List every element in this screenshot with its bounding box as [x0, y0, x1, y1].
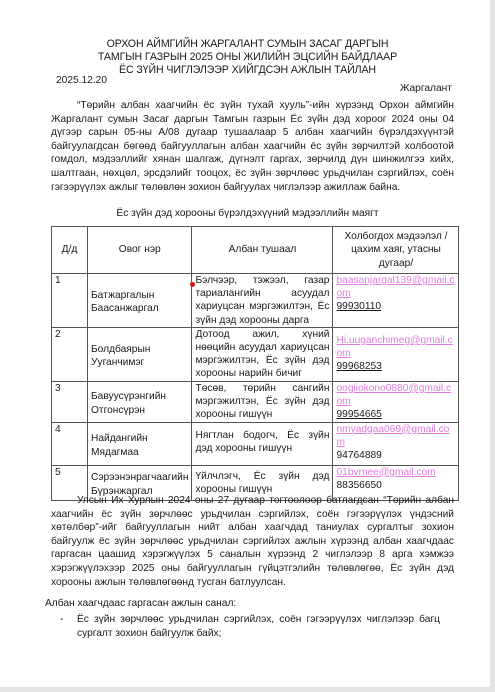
- committee-table: Д/д Овог нэр Албан тушаал Холбогдох мэдэ…: [51, 226, 459, 501]
- cell-contact: Hi.uuganchimeg@gmail.com99968253: [333, 327, 459, 381]
- cell-no: 2: [52, 327, 88, 381]
- intro-text: “Төрийн албан хаагчийн ёс зүйн тухай хуу…: [51, 100, 454, 193]
- table-row: 4 Найдангийн Мядагмаа Нягтлан бодогч, Ёс…: [52, 422, 459, 465]
- phone-number: 88356650: [336, 479, 455, 492]
- page-edge-bottom: [0, 687, 495, 692]
- table-caption: Ёс зүйн дэд хорооны бүрэлдэхүүний мэдээл…: [0, 208, 495, 219]
- resolution-text: Улсын Их Хурлын 2024 оны 27 дугаар тогто…: [51, 495, 454, 588]
- annotation-dot-icon: [190, 282, 195, 287]
- cell-name: Батжаргалын Баасанжаргал: [88, 274, 192, 328]
- cell-no: 4: [52, 422, 88, 465]
- phone-number: 94764889: [336, 449, 455, 462]
- proposal-text: Ёс зүйн зөрчлөөс урьдчилан сэргийлэх, со…: [77, 613, 440, 640]
- cell-position: Нягтлан бодогч, Ёс зүйн дэд хорооны гишү…: [192, 422, 333, 465]
- cell-name: Найдангийн Мядагмаа: [88, 422, 192, 465]
- header-no: Д/д: [52, 227, 88, 274]
- cell-position: Дотоод ажил, хүний нөөцийн асуудал хариу…: [192, 327, 333, 381]
- email-link[interactable]: Hi.uuganchimeg@gmail.com: [336, 334, 455, 360]
- cell-name: Бавуусүрэнгийн Отгонсүрэн: [88, 381, 192, 422]
- email-link[interactable]: oogiiokono0880@gmail.com: [336, 382, 455, 408]
- title-line: ОРХОН АЙМГИЙН ЖАРГАЛАНТ СУМЫН ЗАСАГ ДАРГ…: [0, 38, 495, 51]
- cell-position: Төсөв, төрийн сангийн мэргэжилтэн, Ёс зү…: [192, 381, 333, 422]
- dash-bullet-icon: -: [60, 613, 63, 627]
- header-position: Албан тушаал: [192, 227, 333, 274]
- cell-contact: baasanjargal139@gmail.com99930110: [333, 274, 459, 328]
- phone-number: 99930110: [336, 300, 455, 313]
- header-contact: Холбогдох мэдээлэл /цахим хаяг, утасны д…: [333, 227, 459, 274]
- email-link[interactable]: nmyadgaa069@gmail.com: [336, 423, 455, 449]
- table-row: 2 Болдбаярын Ууганчимэг Дотоод ажил, хүн…: [52, 327, 459, 381]
- page-edge-right: [490, 0, 495, 692]
- document-date: 2025.12.20: [56, 75, 107, 86]
- title-line: ТАМГЫН ГАЗРЫН 2025 ОНЫ ЖИЛИЙН ЭЦСИЙН БАЙ…: [0, 51, 495, 64]
- phone-number: 99954665: [336, 408, 455, 421]
- intro-paragraph: “Төрийн албан хаагчийн ёс зүйн тухай хуу…: [51, 99, 454, 194]
- cell-contact: nmyadgaa069@gmail.com94764889: [333, 422, 459, 465]
- proposal-list-item: - Ёс зүйн зөрчлөөс урьдчилан сэргийлэх, …: [60, 613, 440, 640]
- document-place: Жаргалант: [400, 83, 452, 94]
- cell-no: 3: [52, 381, 88, 422]
- email-link[interactable]: baasanjargal139@gmail.com: [336, 274, 455, 300]
- document-title: ОРХОН АЙМГИЙН ЖАРГАЛАНТ СУМЫН ЗАСАГ ДАРГ…: [0, 38, 495, 77]
- email-link[interactable]: 01bvrnee@gmail.com: [336, 466, 455, 479]
- cell-no: 1: [52, 274, 88, 328]
- header-name: Овог нэр: [88, 227, 192, 274]
- cell-position: Бэлчээр, тэжээл, газар тариалангийн асуу…: [192, 274, 333, 328]
- resolution-paragraph: Улсын Их Хурлын 2024 оны 27 дугаар тогто…: [51, 494, 454, 589]
- table-row: 3 Бавуусүрэнгийн Отгонсүрэн Төсөв, төрий…: [52, 381, 459, 422]
- cell-contact: oogiiokono0880@gmail.com99954665: [333, 381, 459, 422]
- proposals-heading: Албан хаагчдаас гаргасан ажлын санал:: [45, 597, 448, 611]
- phone-number: 99968253: [336, 360, 455, 373]
- table-row: 1 Батжаргалын Баасанжаргал Бэлчээр, тэжэ…: [52, 274, 459, 328]
- table-header-row: Д/д Овог нэр Албан тушаал Холбогдох мэдэ…: [52, 227, 459, 274]
- cell-name: Болдбаярын Ууганчимэг: [88, 327, 192, 381]
